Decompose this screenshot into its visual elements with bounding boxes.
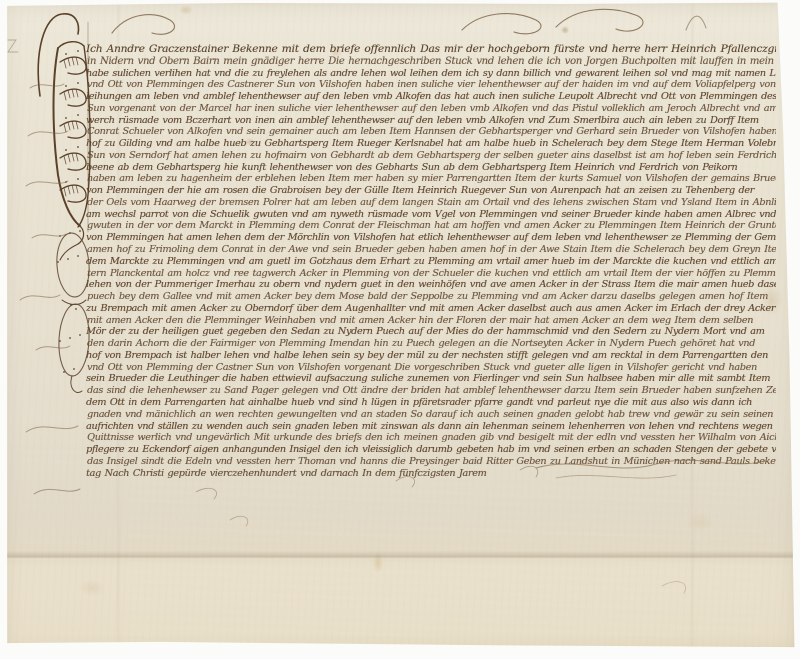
manuscript-text-line: aufrichten vnd ställen zu wenden auch se… bbox=[86, 421, 776, 433]
manuscript-text-line: sein Brueder die Leuthinger die haben et… bbox=[86, 373, 776, 385]
manuscript-text-line: hof von Brempach ist halber lehen vnd ha… bbox=[86, 350, 776, 362]
manuscript-text-line: pflegere zu Eckendorf aigen anhangunden … bbox=[86, 444, 776, 456]
manuscript-text-line: Mör der zu der heiligen guet gegeben den… bbox=[86, 326, 776, 338]
manuscript-text-line: in Nidern vnd Obern Bairn mein gnädiger … bbox=[87, 56, 776, 68]
manuscript-text-line: gnaden vnd mänichlich an wen rechten gew… bbox=[87, 409, 776, 421]
manuscript-text-line: Conrat Schueler von Alkofen vnd sein gem… bbox=[87, 126, 776, 138]
manuscript-text-line: dem Ott in dem Parrengarten hat ainhalbe… bbox=[86, 397, 776, 409]
manuscript-text-line: von Plemmingen hat amen lehen dem der Mö… bbox=[86, 232, 776, 244]
manuscript-text-line: Sun von Serndorf hat amen lehen zu hofma… bbox=[87, 150, 776, 162]
manuscript-text-line: tag Nach Christi gepürde vierczehenhunde… bbox=[86, 468, 776, 480]
top-swash-flourishes bbox=[112, 9, 706, 34]
manuscript-text-line: werch rüsmade vom Bczerhart von inen ain… bbox=[86, 115, 776, 127]
manuscript-text-line: Sun vorgenant von der Marcel har inen su… bbox=[87, 103, 776, 115]
manuscript-text-line: mit amen Acker den die Plemminger Weinha… bbox=[87, 315, 776, 327]
manuscript-text-line: zu Brempach mit amen Acker zu Oberndorf … bbox=[86, 303, 776, 315]
manuscript-text-line: hof zu Gilding vnd am halbe hueb zu Gebh… bbox=[86, 138, 776, 150]
manuscript-text-line: vnd Ott von Plemmingen des Castnerer Sun… bbox=[87, 79, 776, 91]
manuscript-text-line: lehen von der Pummeriger Imerhau zu ober… bbox=[86, 279, 776, 291]
manuscript-text-line: puech bey dem Gallee vnd mit amen Acker … bbox=[87, 291, 776, 303]
manuscript-text-line: Quittnisse werlich vnd ungevärlich Mit u… bbox=[87, 432, 776, 444]
manuscript-text-line: dem Marckte zu Plemmingen vnd am guetl i… bbox=[86, 256, 776, 268]
manuscript-text-line: der Oels vom Haarweg der bremsen Polrer … bbox=[87, 197, 776, 209]
cadel-initial-icon bbox=[38, 14, 90, 244]
manuscript-text-line: gwuten in der vor dem Marckt in Plemming… bbox=[87, 220, 776, 232]
margin-wave-flourishes bbox=[8, 40, 80, 494]
manuscript-text-line: von Plemmingen der hie am rosen die Grab… bbox=[86, 185, 776, 197]
manuscript-text-line: das sind die lehenhewser zu Sand Pager g… bbox=[87, 385, 776, 397]
manuscript-text-line: den darin Achorn die der Fairmiger von P… bbox=[87, 338, 776, 350]
manuscript-text-line: tern Planckental am holcz vnd ree tagwer… bbox=[87, 268, 776, 280]
manuscript-text-line: haben am leben zu hagenheim der erblehen… bbox=[87, 173, 776, 185]
manuscript-text-line: vnd Ott von Plemming der Castner Sun von… bbox=[87, 362, 776, 374]
fold-crease bbox=[4, 551, 796, 561]
manuscript-text-line: leihungen am leben vnd amblef lehenthews… bbox=[86, 91, 776, 103]
manuscript-text-line: das Insigel sindt die Edeln vnd vessten … bbox=[87, 456, 776, 468]
manuscript-text-line: am wechsl parrot von die Schuelik gwuten… bbox=[86, 209, 776, 221]
manuscript-text-line: amen hof zu Frimoling dem Conrat in der … bbox=[87, 244, 776, 256]
parchment-sheet: Ich Anndre Graczenstainer Bekenne mit de… bbox=[0, 0, 800, 659]
manuscript-text-line: habe sulichen verlihen hat vnd die zu fr… bbox=[86, 68, 776, 80]
manuscript-text-line: Ich Anndre Graczenstainer Bekenne mit de… bbox=[86, 44, 776, 56]
manuscript-text-block: Ich Anndre Graczenstainer Bekenne mit de… bbox=[86, 44, 776, 482]
manuscript-scan: Ich Anndre Graczenstainer Bekenne mit de… bbox=[0, 0, 800, 659]
manuscript-text-line: beene ab dem Gebhartsperg hie kunft lehe… bbox=[86, 162, 776, 174]
